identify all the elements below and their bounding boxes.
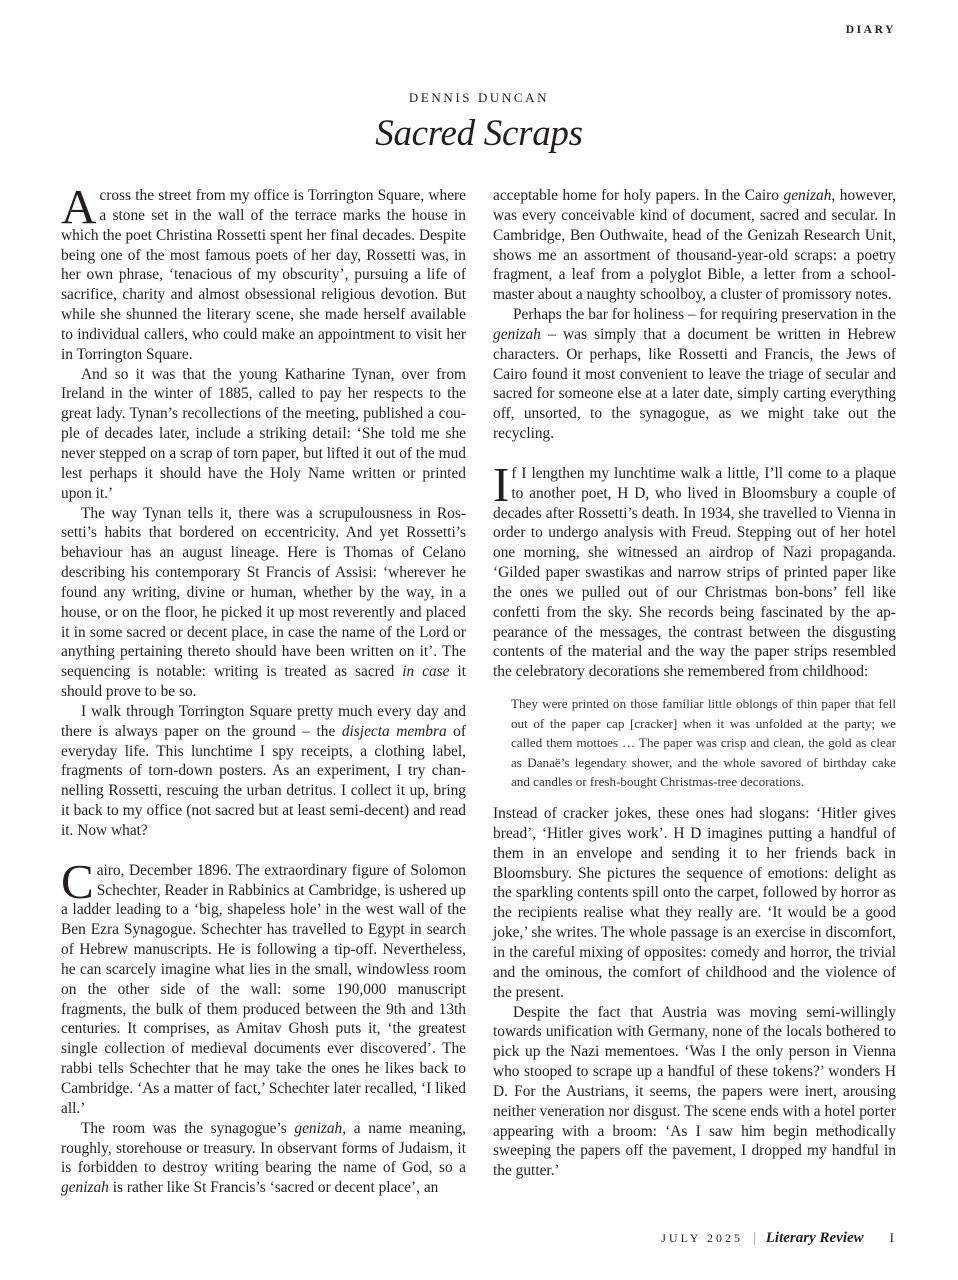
- drop-cap: A: [61, 189, 96, 225]
- paragraph: I walk through Torrington Square pretty …: [61, 702, 466, 841]
- paragraph: The way Tynan tells it, there was a scru…: [61, 504, 466, 702]
- paragraph: Cairo, December 1896. The extraordinary …: [61, 861, 466, 1119]
- paragraph: Despite the fact that Austria was moving…: [493, 1003, 896, 1182]
- paragraph: And so it was that the young Katharine T…: [61, 365, 466, 504]
- section-label: DIARY: [846, 24, 896, 36]
- left-column: Across the street from my office is Torr…: [61, 186, 466, 1198]
- drop-cap: C: [61, 864, 94, 900]
- block-quote: They were printed on those familiar litt…: [511, 694, 896, 792]
- footer-separator: |: [753, 1231, 756, 1247]
- paragraph: acceptable home for holy papers. In the …: [493, 186, 896, 305]
- author-byline: DENNIS DUNCAN: [0, 90, 958, 106]
- page-footer: JULY 2025 | Literary Review I: [661, 1230, 894, 1247]
- drop-cap: I: [493, 467, 509, 503]
- paragraph: If I lengthen my lunchtime walk a little…: [493, 464, 896, 682]
- paragraph: Perhaps the bar for holiness – for requi…: [493, 305, 896, 444]
- page-number: I: [890, 1230, 894, 1246]
- right-column: acceptable home for holy papers. In the …: [493, 186, 896, 1181]
- magazine-name: Literary Review: [766, 1230, 864, 1247]
- article-title: Sacred Scraps: [0, 112, 958, 155]
- paragraph: Instead of cracker jokes, these ones had…: [493, 804, 896, 1002]
- issue-date: JULY 2025: [661, 1231, 743, 1246]
- paragraph: Across the street from my office is Torr…: [61, 186, 466, 365]
- paragraph: The room was the synagogue’s genizah, a …: [61, 1119, 466, 1198]
